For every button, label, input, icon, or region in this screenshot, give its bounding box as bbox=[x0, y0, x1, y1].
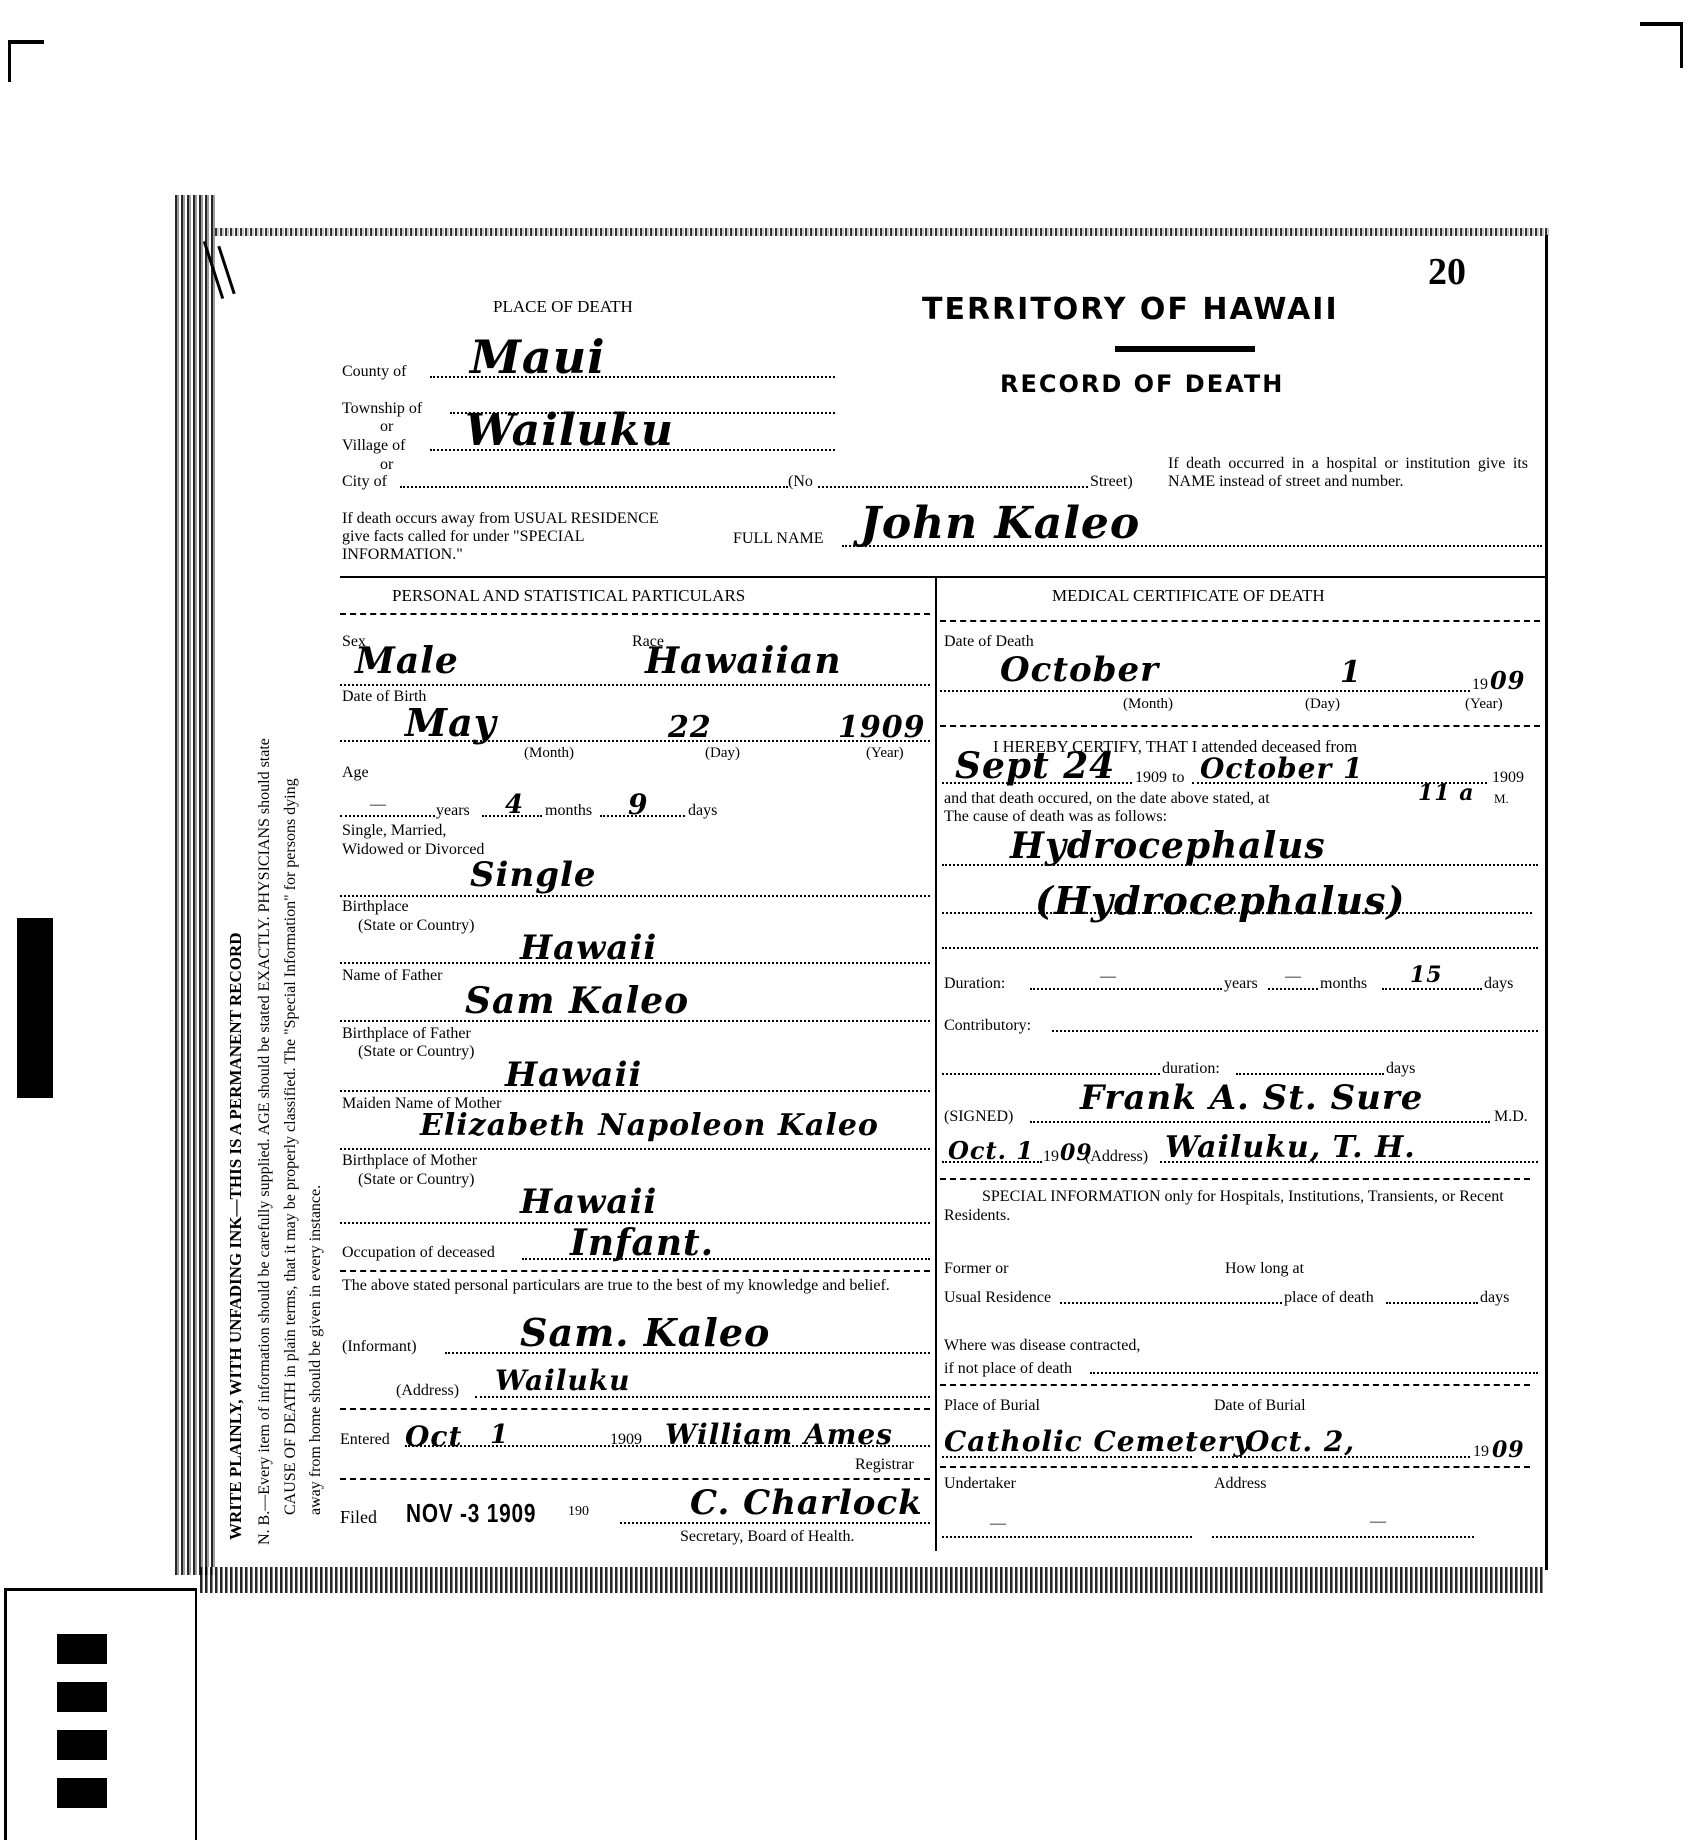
informant-address-label: (Address) bbox=[396, 1382, 459, 1400]
city-field bbox=[400, 486, 788, 488]
to-label: to bbox=[1172, 769, 1184, 787]
year-caption: (Year) bbox=[866, 745, 904, 762]
entered-year-value: 1909 bbox=[610, 1431, 642, 1449]
mother-birthplace-value: Hawaii bbox=[520, 1182, 657, 1222]
disease-contracted-label: if not place of death bbox=[944, 1360, 1072, 1378]
cause-of-death-line-2: (Hydrocephalus) bbox=[1035, 878, 1405, 923]
marital-status-label: Widowed or Divorced bbox=[342, 841, 484, 859]
section-divider bbox=[340, 1270, 930, 1272]
binding-tab bbox=[17, 918, 53, 1098]
disease-contracted-field bbox=[1090, 1372, 1538, 1374]
section-divider bbox=[340, 613, 930, 615]
how-long-label: How long at bbox=[1225, 1260, 1304, 1278]
occurred-text: and that death occured, on the date abov… bbox=[944, 790, 1270, 808]
father-name-value: Sam Kaleo bbox=[465, 980, 689, 1022]
index-stamp-mark bbox=[57, 1634, 107, 1820]
full-name-label: FULL NAME bbox=[733, 530, 824, 548]
medical-section-heading: MEDICAL CERTIFICATE OF DEATH bbox=[1052, 587, 1325, 605]
contributory-duration-label: duration: bbox=[1162, 1060, 1220, 1078]
cause-field-2 bbox=[942, 912, 1532, 914]
disease-contracted-label: Where was disease contracted, bbox=[944, 1337, 1140, 1355]
occupation-value: Infant. bbox=[570, 1222, 714, 1264]
former-residence-label: Former or bbox=[944, 1260, 1008, 1278]
village-label: Village of bbox=[342, 437, 405, 455]
section-divider bbox=[340, 1478, 930, 1480]
undertaker-value: — bbox=[990, 1515, 1006, 1533]
burial-place-value: Catholic Cemetery bbox=[944, 1425, 1251, 1458]
days-label: days bbox=[1480, 1289, 1509, 1307]
father-name-field bbox=[340, 1020, 930, 1022]
dod-year-prefix: 19 bbox=[1472, 676, 1488, 694]
undertaker-address-value: — bbox=[1370, 1513, 1386, 1531]
mother-birthplace-label: Birthplace of Mother bbox=[342, 1152, 477, 1170]
section-divider bbox=[340, 1408, 930, 1410]
father-birthplace-value: Hawaii bbox=[505, 1055, 642, 1095]
column-divider bbox=[935, 576, 937, 1551]
burial-year-prefix: 19 bbox=[1473, 1443, 1489, 1461]
scan-shadow-bottom bbox=[200, 1567, 1545, 1593]
page-number: 20 bbox=[1428, 250, 1466, 294]
crop-mark-top-left bbox=[8, 40, 44, 44]
section-divider bbox=[340, 576, 1545, 578]
months-label: months bbox=[545, 802, 592, 820]
usual-residence-label: Usual Residence bbox=[944, 1289, 1051, 1307]
contributory-label: Contributory: bbox=[944, 1017, 1031, 1035]
father-birthplace-field bbox=[340, 1090, 930, 1092]
md-label: M.D. bbox=[1494, 1108, 1528, 1126]
dod-month-value: October bbox=[1000, 650, 1159, 690]
year-caption: (Year) bbox=[1465, 696, 1503, 713]
attestation-text: The above stated personal particulars ar… bbox=[342, 1276, 927, 1295]
days-label: days bbox=[688, 802, 717, 820]
filed-date-stamp: NOV -3 1909 bbox=[406, 1498, 536, 1529]
birthplace-label: Birthplace bbox=[342, 898, 409, 916]
contributory-field bbox=[1052, 1030, 1538, 1032]
dod-day-value: 1 bbox=[1340, 655, 1362, 690]
attended-from-field bbox=[942, 782, 1132, 784]
scan-shadow-left bbox=[175, 195, 215, 1575]
physician-signature: Frank A. St. Sure bbox=[1080, 1078, 1423, 1118]
residence-note: If death occurs away from USUAL RESIDENC… bbox=[342, 510, 672, 564]
burial-date-field bbox=[1212, 1456, 1470, 1458]
duration-months-value: — bbox=[1285, 968, 1301, 986]
entered-label: Entered bbox=[340, 1431, 390, 1449]
place-of-death-days-label: place of death bbox=[1284, 1289, 1374, 1307]
duration-days-value: 15 bbox=[1410, 962, 1443, 988]
filed-year-suffix: 190 bbox=[568, 1503, 589, 1521]
dod-year-suffix: 09 bbox=[1490, 666, 1525, 695]
dob-month-value: May bbox=[405, 700, 497, 745]
undertaker-label: Undertaker bbox=[944, 1475, 1016, 1493]
duration-years-field bbox=[1030, 988, 1222, 990]
physician-signature-field bbox=[1030, 1121, 1490, 1123]
marital-status-field bbox=[340, 895, 930, 897]
filed-label: Filed bbox=[340, 1508, 377, 1526]
or-separator: or bbox=[380, 418, 393, 436]
physician-address-value: Wailuku, T. H. bbox=[1165, 1130, 1416, 1165]
crop-mark-top-right bbox=[1640, 22, 1682, 26]
village-value: Wailuku bbox=[465, 405, 674, 456]
age-years-field bbox=[340, 815, 435, 817]
month-caption: (Month) bbox=[524, 745, 574, 762]
special-info-heading-bold: SPECIAL INFORMATION bbox=[982, 1188, 1161, 1205]
father-birthplace-label: Birthplace of Father bbox=[342, 1025, 471, 1043]
physician-address-label: (Address) bbox=[1085, 1148, 1148, 1166]
signed-date-field bbox=[942, 1161, 1042, 1163]
burial-date-label: Date of Burial bbox=[1214, 1397, 1306, 1415]
entered-month-value: Oct bbox=[405, 1420, 462, 1453]
margin-note-permanent-record: WRITE PLAINLY, WITH UNFADING INK—THIS IS… bbox=[226, 932, 246, 1540]
attended-to-value: October 1 bbox=[1200, 752, 1363, 785]
attended-from-value: Sept 24 bbox=[955, 745, 1115, 787]
meridiem-label: M. bbox=[1494, 790, 1509, 808]
burial-year-suffix: 09 bbox=[1492, 1437, 1525, 1463]
section-divider bbox=[940, 1178, 1530, 1180]
age-days-value: 9 bbox=[628, 788, 648, 821]
document-subtitle: RECORD OF DEATH bbox=[1000, 370, 1284, 398]
father-name-label: Name of Father bbox=[342, 967, 442, 985]
duration-days-field bbox=[1382, 988, 1482, 990]
section-divider bbox=[940, 620, 1540, 622]
birthplace-field bbox=[340, 962, 930, 964]
time-of-death-value: 11 a bbox=[1418, 780, 1475, 806]
cause-field-1 bbox=[942, 864, 1538, 866]
place-of-death-heading: PLACE OF DEATH bbox=[493, 298, 633, 316]
street-field bbox=[818, 486, 1088, 488]
marital-status-value: Single bbox=[470, 855, 597, 895]
special-info-heading: SPECIAL INFORMATION only for Hospitals, … bbox=[944, 1187, 1534, 1225]
month-caption: (Month) bbox=[1123, 696, 1173, 713]
section-divider bbox=[940, 725, 1540, 727]
undertaker-address-field bbox=[1212, 1536, 1474, 1538]
days-label: days bbox=[1386, 1060, 1415, 1078]
mother-name-value: Elizabeth Napoleon Kaleo bbox=[420, 1108, 879, 1143]
attended-to-year: 1909 bbox=[1492, 769, 1524, 787]
margin-note-line-4: away from home should be given in every … bbox=[307, 1185, 325, 1515]
mother-name-field bbox=[340, 1148, 930, 1150]
margin-note-line-3: CAUSE OF DEATH in plain terms, that it m… bbox=[282, 778, 300, 1515]
crop-mark-top-right bbox=[1680, 22, 1683, 68]
margin-note-line-2: N. B.—Every item of information should b… bbox=[256, 738, 274, 1545]
signed-year-prefix: 19 bbox=[1043, 1148, 1059, 1166]
age-months-value: 4 bbox=[505, 790, 524, 820]
secretary-signature: C. Charlock bbox=[690, 1483, 923, 1523]
registrar-signature: William Ames bbox=[665, 1418, 893, 1451]
mother-birthplace-caption: (State or Country) bbox=[358, 1171, 474, 1189]
burial-date-value: Oct. 2, bbox=[1245, 1425, 1355, 1458]
informant-label: (Informant) bbox=[342, 1338, 417, 1356]
how-long-field bbox=[1386, 1302, 1478, 1304]
burial-place-label: Place of Burial bbox=[944, 1397, 1040, 1415]
father-birthplace-caption: (State or Country) bbox=[358, 1043, 474, 1061]
contributory-field-2 bbox=[942, 1073, 1160, 1075]
entered-day-value: 1 bbox=[490, 1420, 509, 1450]
days-label: days bbox=[1484, 975, 1513, 993]
age-years-value: — bbox=[370, 796, 386, 814]
county-value: Maui bbox=[470, 330, 606, 384]
years-label: years bbox=[1224, 975, 1258, 993]
contributory-duration-field bbox=[1236, 1073, 1384, 1075]
street-number-label: (No bbox=[788, 473, 813, 491]
document-edge-right bbox=[1545, 235, 1548, 1570]
duration-years-value: — bbox=[1100, 968, 1116, 986]
crop-mark-top-left bbox=[8, 40, 11, 82]
day-caption: (Day) bbox=[1305, 696, 1340, 713]
section-divider bbox=[940, 1466, 1530, 1468]
sex-value: Male bbox=[355, 640, 459, 682]
duration-months-field bbox=[1268, 988, 1318, 990]
township-label: Township of bbox=[342, 400, 422, 418]
race-value: Hawaiian bbox=[645, 640, 842, 682]
date-of-death-label: Date of Death bbox=[944, 633, 1034, 651]
signed-label: (SIGNED) bbox=[944, 1108, 1013, 1126]
personal-section-heading: PERSONAL AND STATISTICAL PARTICULARS bbox=[392, 587, 745, 605]
dod-field bbox=[940, 690, 1470, 692]
marital-status-label: Single, Married, bbox=[342, 822, 446, 840]
undertaker-field bbox=[942, 1536, 1192, 1538]
cause-of-death-line-1: Hydrocephalus bbox=[1010, 825, 1326, 867]
day-caption: (Day) bbox=[705, 745, 740, 762]
document-title: TERRITORY OF HAWAII bbox=[922, 292, 1339, 327]
cause-field-3 bbox=[942, 947, 1538, 949]
informant-signature: Sam. Kaleo bbox=[520, 1310, 770, 1355]
registrar-label: Registrar bbox=[855, 1456, 914, 1474]
section-divider bbox=[940, 1384, 1530, 1386]
cause-of-death-label: The cause of death was as follows: bbox=[944, 808, 1167, 826]
city-label: City of bbox=[342, 473, 387, 491]
attended-from-year: 1909 bbox=[1135, 769, 1167, 787]
full-name-value: John Kaleo bbox=[860, 498, 1140, 549]
occupation-label: Occupation of deceased bbox=[342, 1244, 495, 1262]
secretary-label: Secretary, Board of Health. bbox=[680, 1528, 854, 1546]
or-separator: or bbox=[380, 456, 393, 474]
undertaker-address-label: Address bbox=[1214, 1475, 1266, 1493]
street-label: Street) bbox=[1090, 473, 1133, 491]
months-label: months bbox=[1320, 975, 1367, 993]
age-label: Age bbox=[342, 764, 369, 782]
scan-shadow-top bbox=[215, 228, 1550, 236]
duration-label: Duration: bbox=[944, 975, 1005, 993]
sex-race-field bbox=[340, 684, 930, 686]
years-label: years bbox=[436, 802, 470, 820]
hospital-note: If death occurred in a hospital or insti… bbox=[1168, 455, 1528, 491]
burial-place-field bbox=[942, 1456, 1192, 1458]
title-divider bbox=[1115, 346, 1255, 352]
county-label: County of bbox=[342, 363, 406, 381]
informant-address-value: Wailuku bbox=[495, 1364, 631, 1397]
usual-residence-field bbox=[1060, 1302, 1282, 1304]
birthplace-caption: (State or Country) bbox=[358, 917, 474, 935]
dob-field bbox=[340, 740, 930, 742]
